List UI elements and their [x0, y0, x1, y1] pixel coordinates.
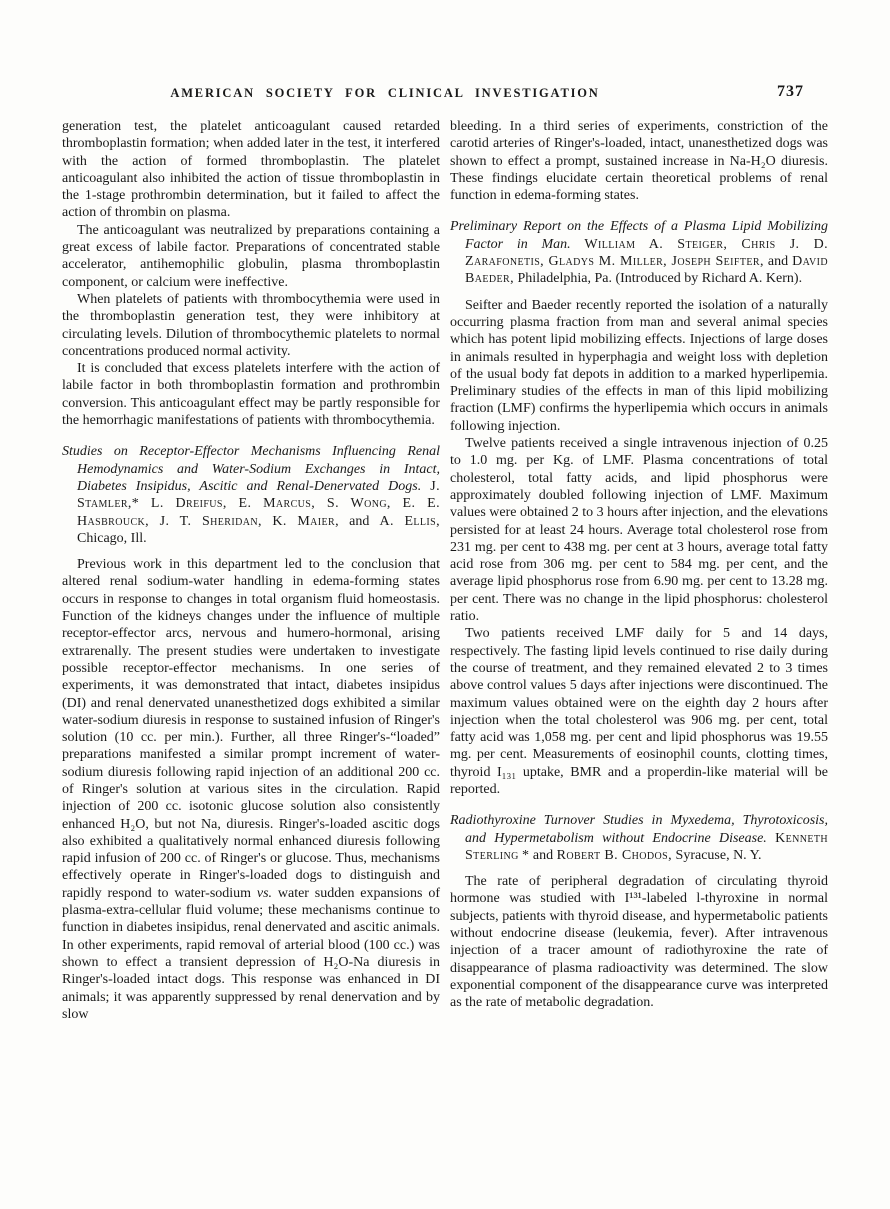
text-segment: water sudden expansions of plasma-extra-…	[62, 886, 440, 1022]
abstract-title: Studies on Receptor-Effector Mechanisms …	[62, 443, 440, 547]
text-segment	[571, 237, 585, 252]
text-segment: Chicago, Ill.	[77, 531, 147, 546]
text-segment	[767, 831, 775, 846]
abstract-paragraph: When platelets of patients with thromboc…	[62, 291, 440, 360]
abstract-paragraph: Two patients received LMF daily for 5 an…	[450, 625, 828, 798]
abstract-paragraph: Seifter and Baeder recently reported the…	[450, 297, 828, 435]
text-segment: and	[339, 514, 379, 529]
column-left: generation test, the platelet anticoagul…	[62, 118, 440, 1023]
text-segment: Two patients received LMF daily for 5 an…	[450, 626, 828, 797]
page-number: 737	[777, 83, 804, 101]
text-segment: The anticoagulant was neutralized by pre…	[62, 223, 440, 290]
text-segment: Philadelphia, Pa. (Introduced by Richard…	[514, 271, 802, 286]
abstract-paragraph: generation test, the platelet anticoagul…	[62, 118, 440, 222]
abstract-paragraph: The rate of peripheral degradation of ci…	[450, 873, 828, 1011]
text-segment: Syracuse, N. Y.	[672, 848, 761, 863]
abstract-paragraph: It is concluded that excess platelets in…	[62, 360, 440, 429]
abstract-title: Radiothyroxine Turnover Studies in Myxed…	[450, 812, 828, 864]
abstract-title: Preliminary Report on the Effects of a P…	[450, 218, 828, 287]
running-title: AMERICAN SOCIETY FOR CLINICAL INVESTIGAT…	[62, 86, 708, 101]
page-header: AMERICAN SOCIETY FOR CLINICAL INVESTIGAT…	[62, 86, 828, 106]
journal-page: AMERICAN SOCIETY FOR CLINICAL INVESTIGAT…	[0, 0, 890, 1209]
text-segment: Twelve patients received a single intrav…	[450, 436, 828, 624]
abstract-paragraph: Previous work in this department led to …	[62, 556, 440, 1023]
text-segment: When platelets of patients with thromboc…	[62, 292, 440, 359]
text-segment: bleeding. In a third series of experimen…	[450, 119, 828, 203]
title-text: Studies on Receptor-Effector Mechanisms …	[62, 444, 440, 494]
author-names: Robert B. Chodos,	[557, 848, 672, 863]
text-segment: It is concluded that excess platelets in…	[62, 361, 440, 428]
text-segment: and	[529, 848, 556, 863]
text-segment: The rate of peripheral degradation of ci…	[450, 874, 828, 1010]
text-segment: Previous work in this department led to …	[62, 557, 440, 901]
text-segment: Seifter and Baeder recently reported the…	[450, 298, 828, 434]
title-text: vs.	[257, 886, 272, 901]
column-right: bleeding. In a third series of experimen…	[450, 118, 828, 1023]
abstract-paragraph: The anticoagulant was neutralized by pre…	[62, 222, 440, 291]
author-names: A. Ellis,	[380, 514, 441, 529]
text-segment: and	[764, 254, 792, 269]
text-segment	[421, 479, 430, 494]
abstract-paragraph: bleeding. In a third series of experimen…	[450, 118, 828, 204]
two-column-text: generation test, the platelet anticoagul…	[62, 118, 828, 1023]
abstract-paragraph: Twelve patients received a single intrav…	[450, 435, 828, 625]
text-segment: generation test, the platelet anticoagul…	[62, 119, 440, 220]
